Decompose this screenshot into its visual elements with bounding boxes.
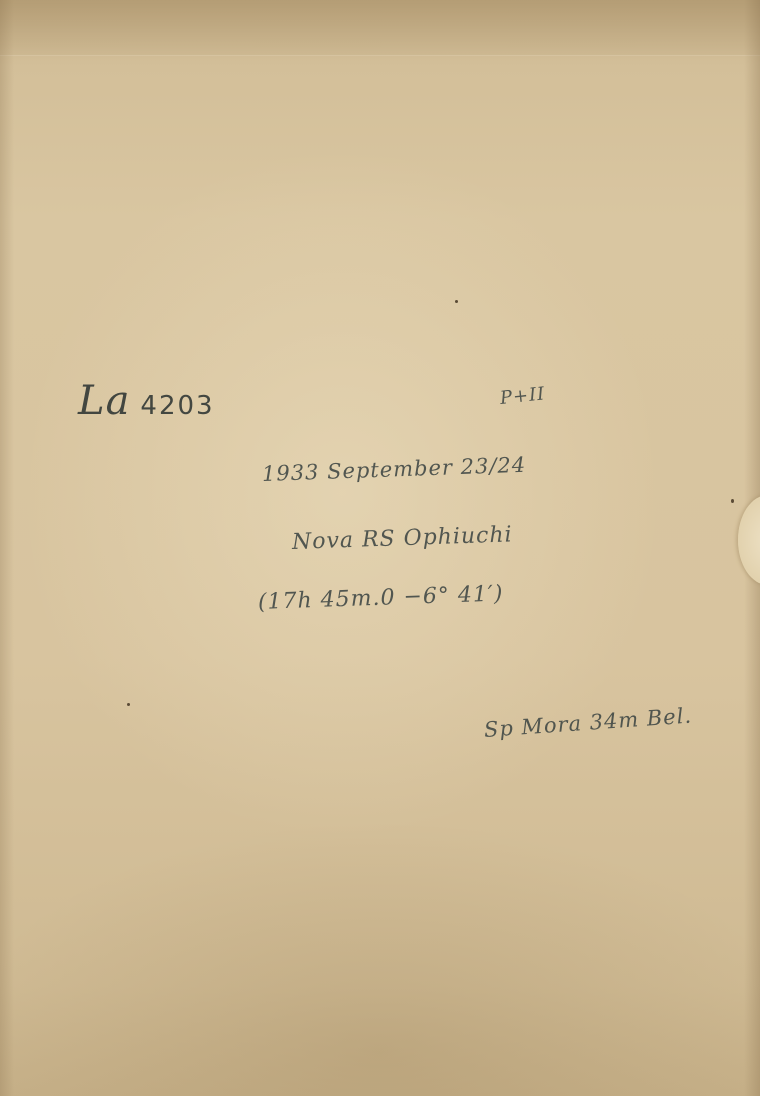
- paper-speck: [127, 703, 130, 706]
- paper-speck: [455, 300, 458, 303]
- catalog-label: La4203: [78, 378, 215, 424]
- catalog-number: 4203: [140, 391, 214, 421]
- envelope-top-flap: [0, 0, 760, 56]
- paper-speck: [731, 499, 734, 503]
- envelope-left-edge: [0, 0, 14, 1096]
- catalog-prefix: La: [78, 378, 130, 424]
